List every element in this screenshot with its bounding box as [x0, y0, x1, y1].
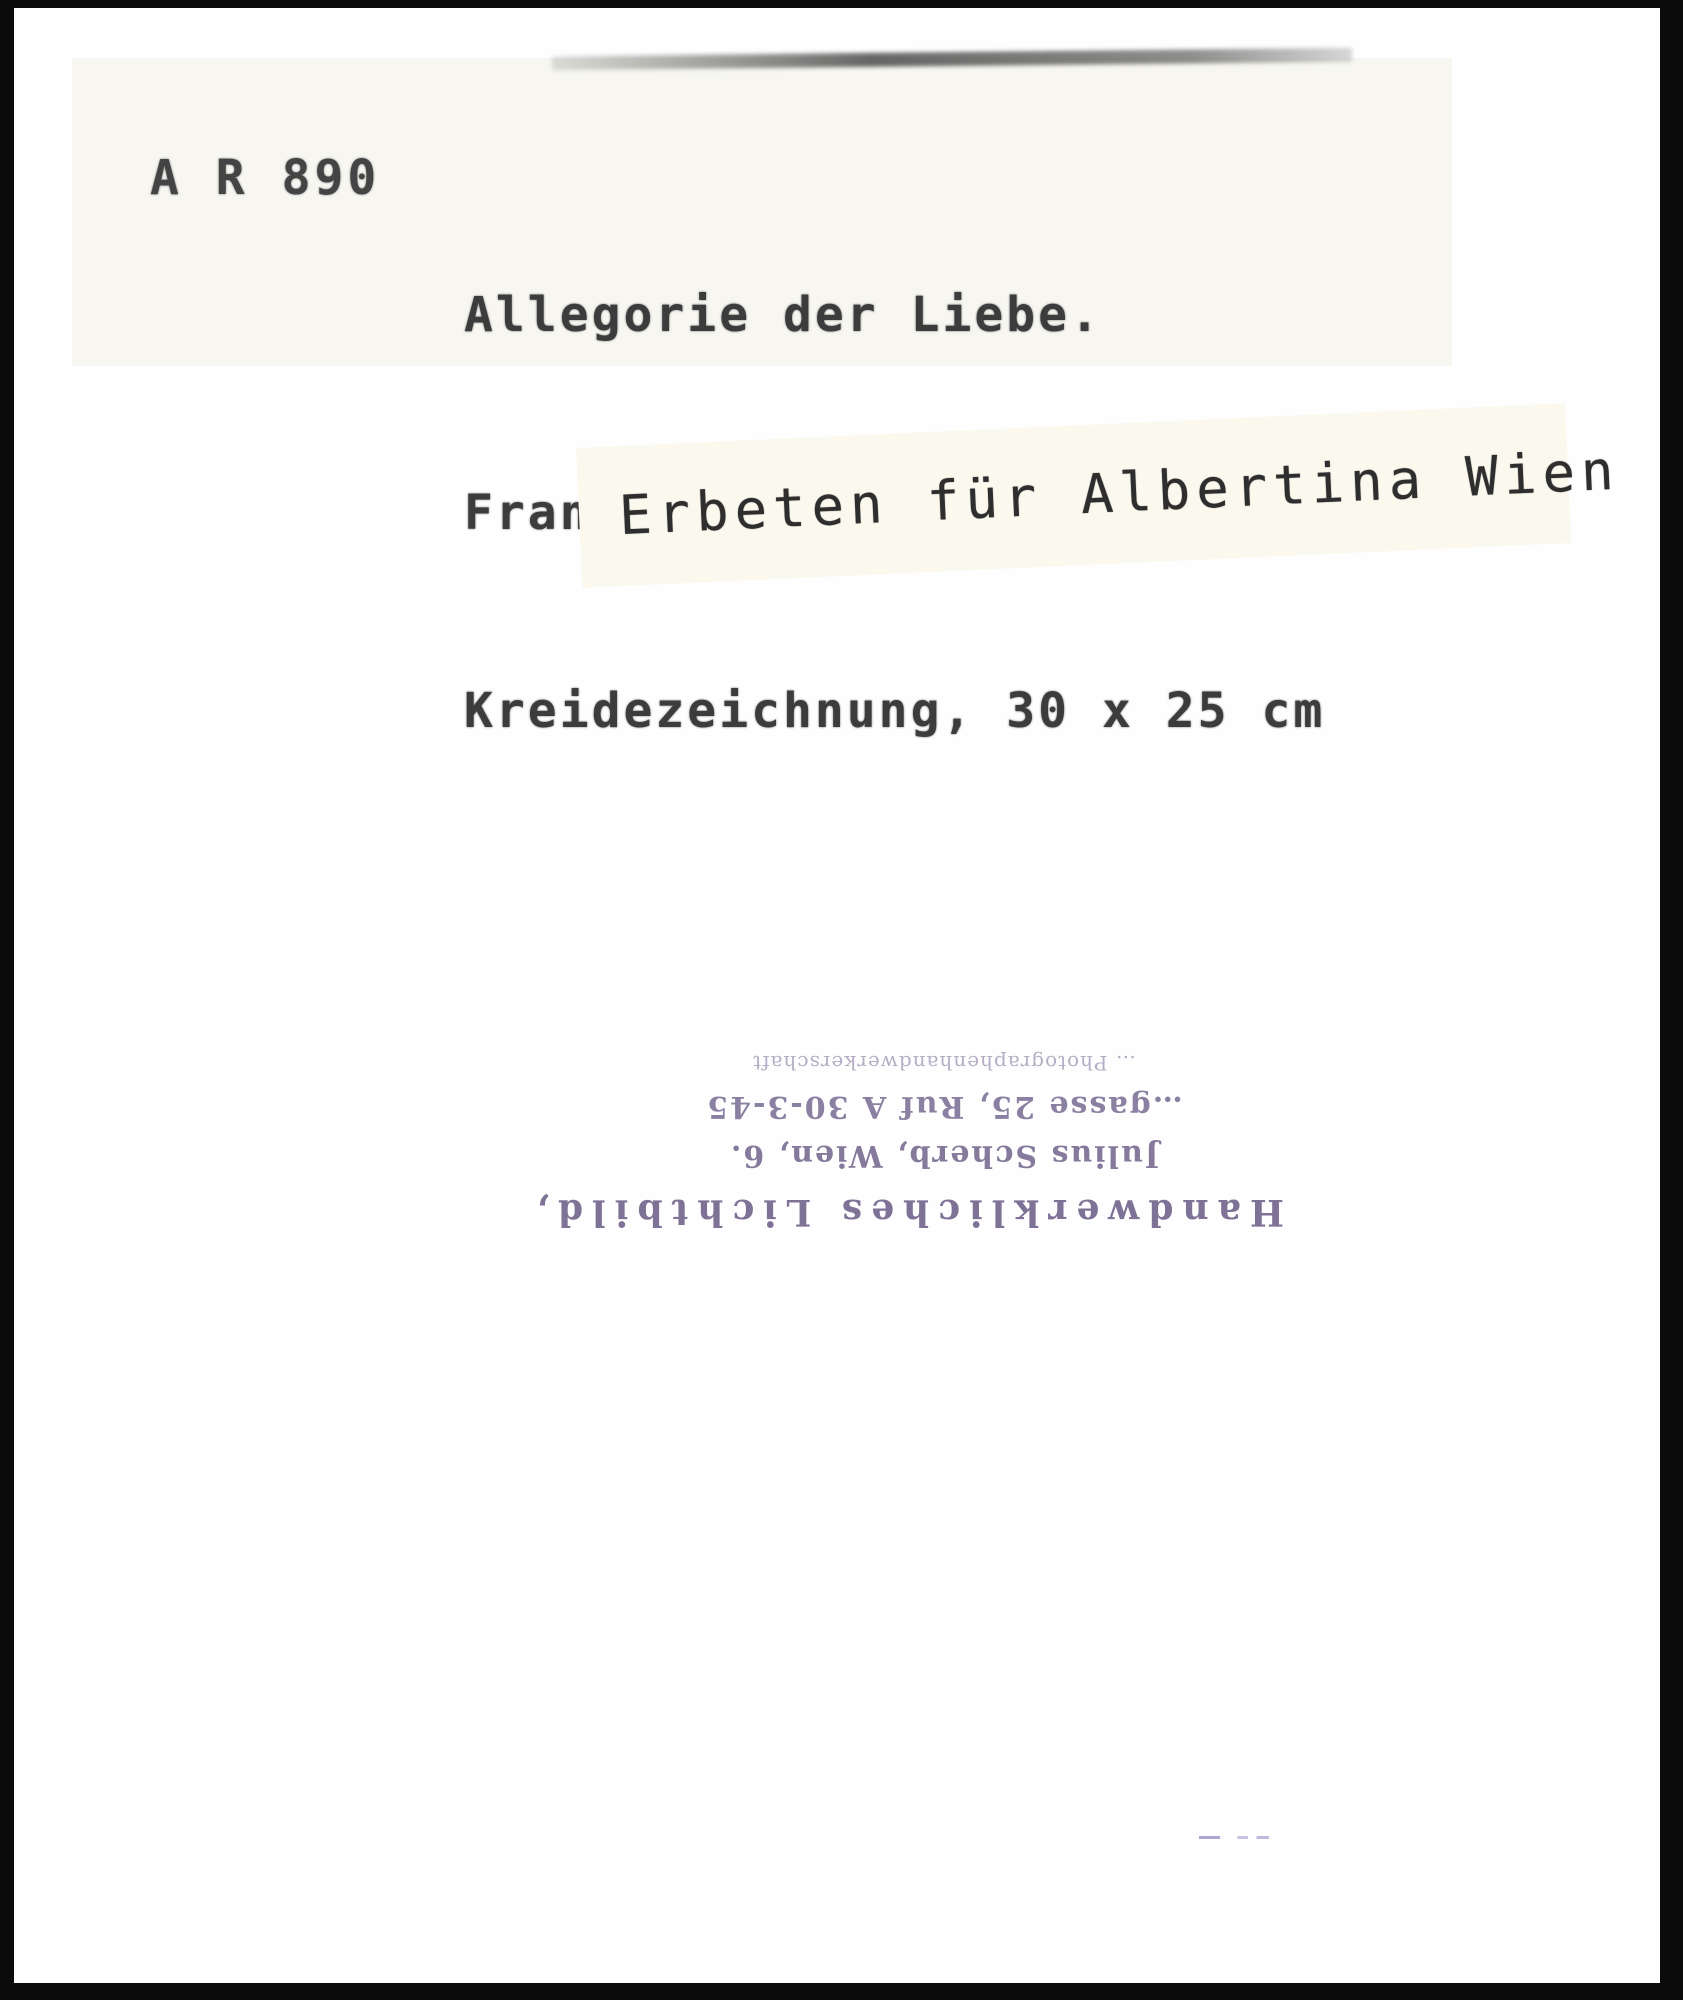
catalog-label: A R 890 Allegorie der Liebe. Französisch…	[72, 58, 1452, 366]
request-note-text: Erbeten für Albertina Wien	[618, 439, 1621, 547]
archive-card: A R 890 Allegorie der Liebe. Französisch…	[14, 8, 1660, 1983]
stamp-line-1: Handwerkliches Lichtbild,	[604, 1191, 1284, 1233]
stamp-line-3: …gasse 25, Ruf A 30-3-45	[604, 1089, 1284, 1124]
artwork-title: Allegorie der Liebe.	[464, 282, 1325, 348]
accession-number: A R 890	[150, 150, 380, 206]
photographer-stamp: Handwerkliches Lichtbild, Julius Scherb,…	[604, 993, 1284, 1243]
torn-text-fragment	[552, 48, 1352, 70]
stamp-line-2: Julius Scherb, Wien, 6.	[604, 1138, 1284, 1173]
stamp-line-4: … Photographenhandwerkerschaft	[604, 1051, 1284, 1075]
artwork-medium-size: Kreidezeichnung, 30 x 25 cm	[464, 678, 1325, 744]
pencil-mark	[1199, 1836, 1269, 1839]
